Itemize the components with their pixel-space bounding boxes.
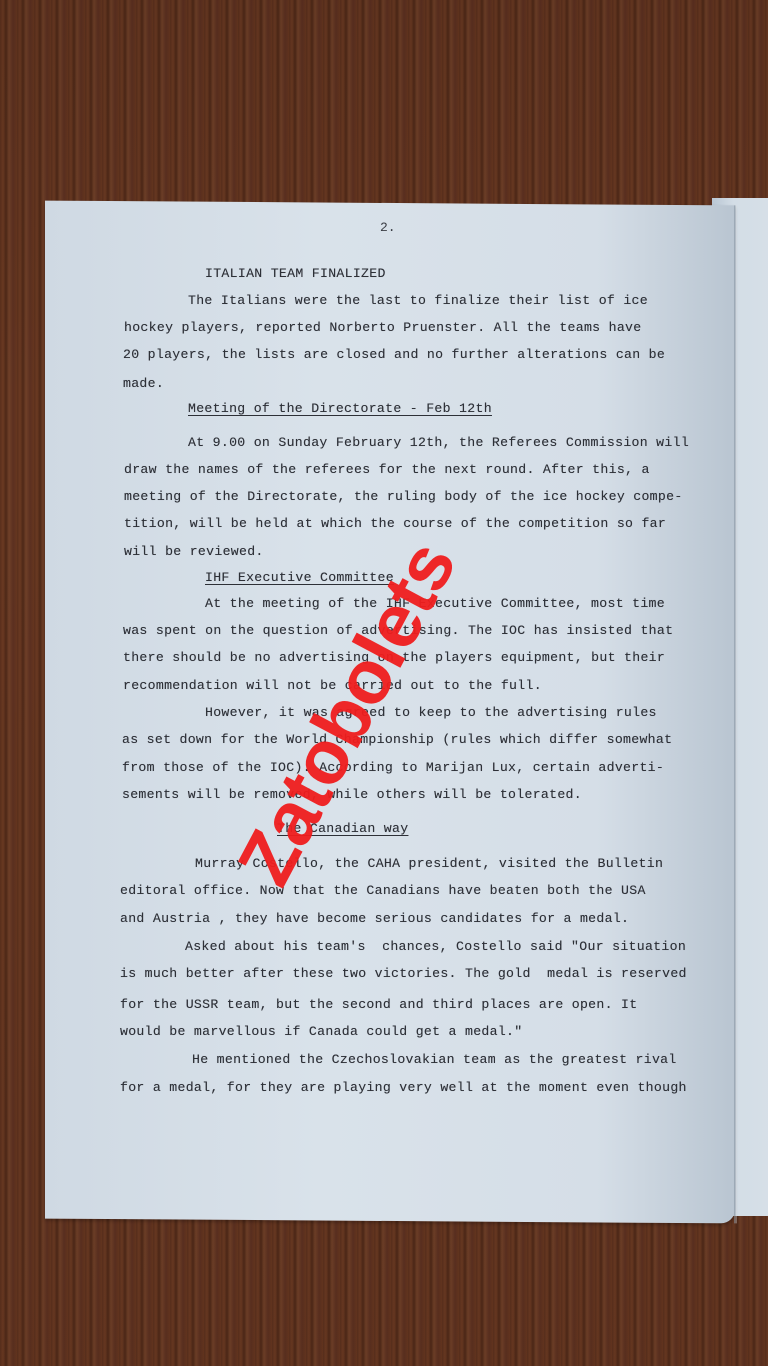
paragraph-line: draw the names of the referees for the n…	[124, 462, 650, 477]
paragraph-line: However, it was agreed to keep to the ad…	[205, 705, 657, 720]
paragraph-line: from those of the IOC). According to Mar…	[122, 760, 664, 775]
paragraph-line: At 9.00 on Sunday February 12th, the Ref…	[188, 435, 689, 450]
heading-ihf-committee: IHF Executive Committee	[205, 570, 394, 585]
paragraph-line: is much better after these two victories…	[120, 966, 687, 981]
paragraph-line: for a medal, for they are playing very w…	[120, 1080, 687, 1095]
paragraph-line: hockey players, reported Norberto Pruens…	[124, 320, 641, 335]
paragraph-line: as set down for the World Championship (…	[122, 732, 672, 747]
paragraph-line: He mentioned the Czechoslovakian team as…	[192, 1052, 677, 1067]
document-text: 2. ITALIAN TEAM FINALIZED The Italians w…	[0, 0, 768, 1366]
paragraph-line: editoral office. Now that the Canadians …	[120, 883, 646, 898]
paragraph-line: will be reviewed.	[124, 544, 264, 559]
page-number: 2.	[380, 220, 396, 235]
heading-directorate: Meeting of the Directorate - Feb 12th	[188, 401, 492, 416]
paragraph-line: meeting of the Directorate, the ruling b…	[124, 489, 683, 504]
paragraph-line: would be marvellous if Canada could get …	[120, 1024, 522, 1039]
heading-italian-team: ITALIAN TEAM FINALIZED	[205, 266, 386, 281]
paragraph-line: The Italians were the last to finalize t…	[188, 293, 648, 308]
paragraph-line: Asked about his team's chances, Costello…	[185, 939, 686, 954]
paragraph-line: and Austria , they have become serious c…	[120, 911, 629, 926]
paragraph-line: 20 players, the lists are closed and no …	[123, 347, 665, 362]
paragraph-line: made.	[123, 376, 164, 391]
paragraph-line: for the USSR team, but the second and th…	[120, 997, 637, 1012]
